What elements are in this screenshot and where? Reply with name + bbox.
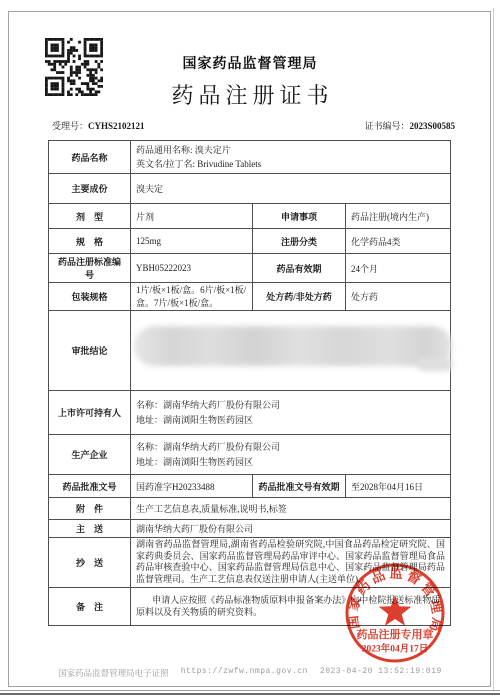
field-value-drug-name: 药品通用名称: 溴夫定片 英文名/拉丁名: Brivudine Tablets bbox=[131, 141, 451, 174]
row-license-holder: 上市许可持有人 名称：湖南华纳大药厂股份有限公司 地址：湖南浏阳生物医药园区 bbox=[49, 391, 451, 435]
scan-edge-bottom-line2 bbox=[0, 693, 500, 695]
footer-label: 国家药品监督管理局电子证照 bbox=[58, 667, 169, 679]
field-label-manufacturer: 生产企业 bbox=[49, 435, 131, 475]
field-value-specification: 125mg bbox=[131, 229, 253, 254]
field-label-rx-otc: 处方药/非处方药 bbox=[253, 283, 346, 311]
footer-url: https://zwfw.nmpa.gov.cn bbox=[181, 667, 308, 679]
scan-edge-bottom-line1 bbox=[0, 690, 500, 691]
field-value-rx-otc: 处方药 bbox=[346, 283, 451, 311]
field-value-approval-conclusion bbox=[131, 311, 451, 391]
meta-row: 受理号：CYHS2102121 证书编号：2023S00585 bbox=[52, 119, 455, 132]
certificate-page: 国家药品监督管理局 药品注册证书 受理号：CYHS2102121 证书编号：20… bbox=[0, 0, 500, 698]
row-standard-no: 药品注册标准编号 YBH05222023 药品有效期 24个月 bbox=[49, 254, 451, 283]
field-value-main-recipient: 湖南华纳大药厂股份有限公司 bbox=[131, 520, 451, 538]
row-main-recipient: 主 送 湖南华纳大药厂股份有限公司 bbox=[49, 520, 451, 538]
field-label-application-matter: 申请事项 bbox=[253, 204, 346, 229]
field-value-manufacturer: 名称：湖南华纳大药厂股份有限公司 地址：湖南浏阳生物医药园区 bbox=[131, 435, 451, 475]
footer-eln-line: 国家药品监督管理局电子证照 https://zwfw.nmpa.gov.cn 2… bbox=[0, 667, 500, 679]
certificate-number: 证书编号：2023S00585 bbox=[364, 119, 455, 132]
field-value-license-holder: 名称：湖南华纳大药厂股份有限公司 地址：湖南浏阳生物医药园区 bbox=[131, 391, 451, 435]
certificate-table: 药品名称 药品通用名称: 溴夫定片 英文名/拉丁名: Brivudine Tab… bbox=[48, 140, 451, 626]
field-value-validity: 24个月 bbox=[346, 254, 451, 283]
scan-edge-right bbox=[493, 8, 494, 690]
field-label-dosage-form: 剂 型 bbox=[49, 204, 131, 229]
field-value-dosage-form: 片剂 bbox=[131, 204, 253, 229]
row-main-ingredient: 主要成份 溴夫定 bbox=[49, 174, 451, 204]
field-value-application-matter: 药品注册(境内生产) bbox=[346, 204, 451, 229]
row-approval-conclusion: 审批结论 bbox=[49, 311, 451, 391]
field-value-attachments: 生产工艺信息表,质量标准,说明书,标签 bbox=[131, 498, 451, 520]
redacted-content-blur-tail bbox=[417, 357, 453, 371]
field-label-package: 包装规格 bbox=[49, 283, 131, 311]
field-label-approval-no-validity: 药品批准文号有效期 bbox=[253, 475, 346, 498]
row-manufacturer: 生产企业 名称：湖南华纳大药厂股份有限公司 地址：湖南浏阳生物医药园区 bbox=[49, 435, 451, 475]
row-package: 包装规格 1片/板×1板/盒。6片/板×1板/盒。7片/板×1板/盒。 处方药/… bbox=[49, 283, 451, 311]
field-label-standard-no: 药品注册标准编号 bbox=[49, 254, 131, 283]
row-dosage-form: 剂 型 片剂 申请事项 药品注册(境内生产) bbox=[49, 204, 451, 229]
stamp-seal-title: 药品注册专用章 bbox=[357, 627, 434, 641]
agency-title: 国家药品监督管理局 bbox=[0, 53, 500, 73]
field-label-remarks: 备 注 bbox=[49, 587, 131, 625]
footer-timestamp: 2023-04-20 13:52:19:019 bbox=[320, 667, 442, 679]
field-label-cc: 抄 送 bbox=[49, 538, 131, 588]
row-attachments: 附 件 生产工艺信息表,质量标准,说明书,标签 bbox=[49, 498, 451, 520]
acceptance-number: 受理号：CYHS2102121 bbox=[52, 119, 145, 132]
field-value-standard-no: YBH05222023 bbox=[131, 254, 253, 283]
field-label-license-holder: 上市许可持有人 bbox=[49, 391, 131, 435]
field-value-package: 1片/板×1板/盒。6片/板×1板/盒。7片/板×1板/盒。 bbox=[131, 283, 253, 311]
field-label-drug-name: 药品名称 bbox=[49, 141, 131, 174]
row-approval-no: 药品批准文号 国药准字H20233488 药品批准文号有效期 至2028年04月… bbox=[49, 475, 451, 498]
field-label-main-ingredient: 主要成份 bbox=[49, 174, 131, 204]
stamp-date: 2023年04月17日 bbox=[362, 643, 429, 655]
official-seal-stamp: 国家药品监督管理局 药品注册专用章 2023年04月17日 bbox=[336, 556, 454, 674]
redacted-content-blur bbox=[134, 326, 452, 366]
field-label-approval-no: 药品批准文号 bbox=[49, 475, 131, 498]
stamp-star-icon bbox=[379, 595, 411, 626]
field-value-main-ingredient: 溴夫定 bbox=[131, 174, 451, 204]
field-label-registration-category: 注册分类 bbox=[253, 229, 346, 254]
field-value-registration-category: 化学药品4类 bbox=[346, 229, 451, 254]
field-label-attachments: 附 件 bbox=[49, 498, 131, 520]
row-drug-name: 药品名称 药品通用名称: 溴夫定片 英文名/拉丁名: Brivudine Tab… bbox=[49, 141, 451, 174]
field-label-main-recipient: 主 送 bbox=[49, 520, 131, 538]
row-specification: 规 格 125mg 注册分类 化学药品4类 bbox=[49, 229, 451, 254]
field-label-validity: 药品有效期 bbox=[253, 254, 346, 283]
field-value-approval-no-validity: 至2028年04月16日 bbox=[346, 475, 451, 498]
field-label-specification: 规 格 bbox=[49, 229, 131, 254]
field-label-approval-conclusion: 审批结论 bbox=[49, 311, 131, 391]
document-title: 药品注册证书 bbox=[0, 79, 500, 110]
field-value-approval-no: 国药准字H20233488 bbox=[131, 475, 253, 498]
